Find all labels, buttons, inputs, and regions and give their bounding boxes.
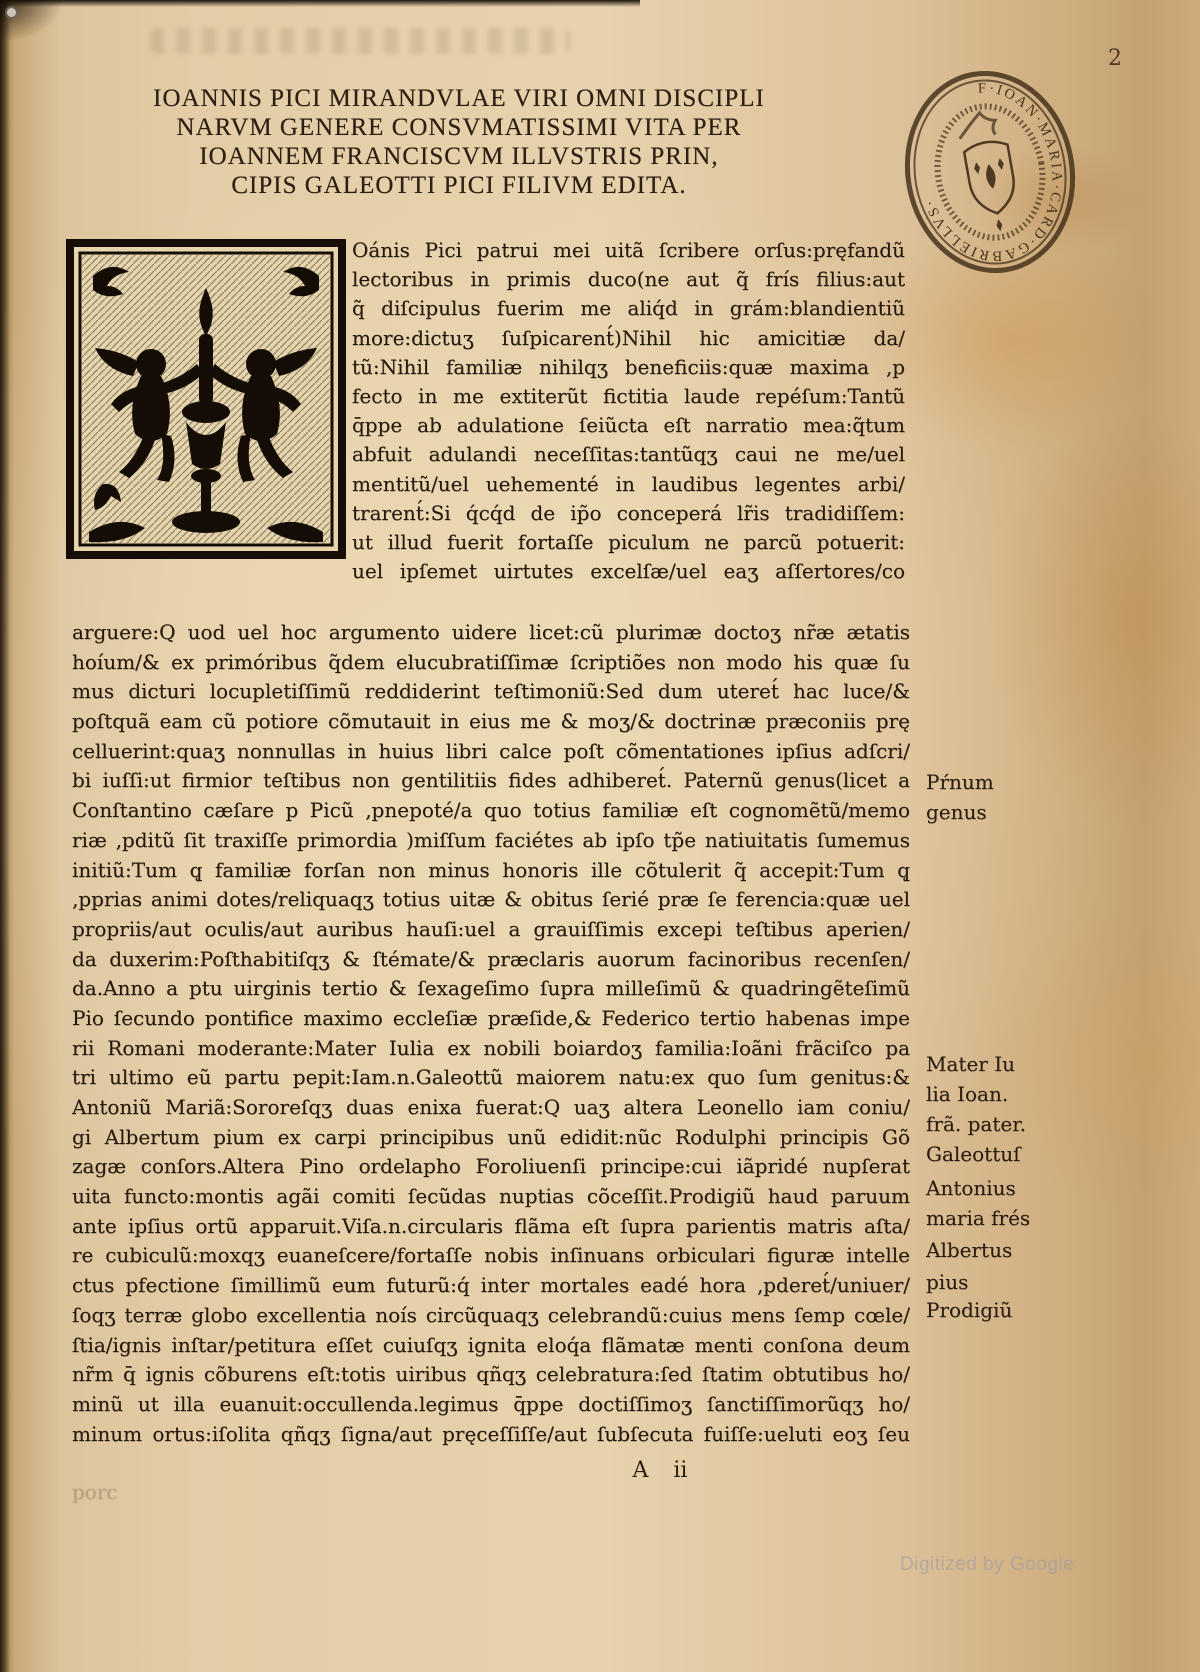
- seal-hat-icon: [956, 110, 998, 140]
- margin-note: Galeottuſ: [926, 1142, 1176, 1166]
- text-line: ante ipſius ortũ apparuit.Viſa.n.circula…: [72, 1212, 910, 1242]
- text-line: gi Albertum pium ex carpi principibus un…: [72, 1123, 910, 1153]
- show-through-smudge: [150, 28, 570, 54]
- text-line: mus dicturi locupletiſſimũ reddiderint t…: [72, 677, 910, 707]
- text-line: minum ortus:iſolita qñqʒ ſigna/aut pręce…: [72, 1420, 910, 1450]
- text-line: Antoniũ Mariã:Sororeſqʒ duas enixa fuera…: [72, 1093, 910, 1123]
- text-line: Oánis Pici patrui mei uitã ſcribere orſu…: [352, 236, 905, 265]
- text-line: ſoqʒ terræ globo excellentia noís circũq…: [72, 1301, 910, 1331]
- text-line: ctus pfectione ſimillimũ eum futurũ:q́ i…: [72, 1271, 910, 1301]
- title-line: IOANNEM FRANCISCVM ILLVSTRIS PRIN,: [78, 142, 840, 171]
- text-line: tri ultimo eũ partu pepit:Iam.n.Galeottũ…: [72, 1063, 910, 1093]
- text-line: minũ ut illa euanuit:occullenda.legimus …: [72, 1390, 910, 1420]
- margin-note: Antonius: [926, 1176, 1176, 1200]
- text-line: Conſtantino cæſare p Picũ ‚pnepoté/a quo…: [72, 796, 910, 826]
- margin-note: maria frés: [926, 1206, 1176, 1230]
- text-line: q̃ diſcipulus fuerim me aliq́d in grám:b…: [352, 294, 905, 323]
- text-line: ſtia/ignis inſtar/petitura eſſet cuiuſqʒ…: [72, 1331, 910, 1361]
- text-line: lectoribus in primis duco(ne aut q̃ frís…: [352, 265, 905, 294]
- text-line: propriis/aut oculis/aut auribus hauſi:ue…: [72, 915, 910, 945]
- text-line: celluerint:quaʒ nonnullas in huius libri…: [72, 737, 910, 767]
- text-line: da duxerim:Poſthabitiſqʒ & ſtémate/& præ…: [72, 945, 910, 975]
- page-title: IOANNIS PICI MIRANDVLAE VIRI OMNI DISCIP…: [78, 84, 840, 200]
- text-line: tũ:Nihil familiæ nihilqʒ beneficiis:quæ …: [352, 353, 905, 382]
- text-line: da.Anno a ptu uirginis tertio & ſexageſi…: [72, 974, 910, 1004]
- scanned-book-page: 2 IOANNIS PICI MIRANDVLAE VIRI OMNI DISC…: [0, 0, 1200, 1672]
- seal-coat-of-arms: [956, 109, 1022, 235]
- text-line: q̄ppe ab adulatione ſeiũcta eſt narratio…: [352, 411, 905, 440]
- scan-edge-left: [0, 0, 10, 1672]
- text-line: hoíum/& ex primóribus q̃dem elucubratiſſ…: [72, 648, 910, 678]
- page-number: 2: [1108, 46, 1123, 71]
- text-line: Pio ſecundo pontifice maximo eccleſiæ pr…: [72, 1004, 910, 1034]
- main-text-block: arguere:Q uod uel hoc argumento uidere l…: [72, 618, 910, 1449]
- scan-edge-top: [0, 0, 640, 7]
- woodcut-initial: [63, 236, 349, 562]
- margin-note: frã. pater.: [926, 1112, 1176, 1136]
- text-line: uel ipſemet uirtutes excelſæ/uel eaʒ aſſ…: [352, 557, 905, 586]
- text-line: mentitũ/uel uehementé in laudibus legent…: [352, 470, 905, 499]
- title-line: NARVM GENERE CONSVMATISSIMI VITA PER: [78, 113, 840, 142]
- signature-mark: A ii: [540, 1458, 780, 1483]
- text-line: initiũ:Tum q̨ familiæ forſan non minus h…: [72, 856, 910, 886]
- google-watermark: Digitized by Google: [900, 1554, 1074, 1576]
- text-line: nr̃m q̄ ignis cõburens eſt:totis uiribus…: [72, 1360, 910, 1390]
- margin-note: Prodigiũ: [926, 1298, 1176, 1322]
- title-line: IOANNIS PICI MIRANDVLAE VIRI OMNI DISCIP…: [78, 84, 840, 113]
- opening-paragraph: Oánis Pici patrui mei uitã ſcribere orſu…: [352, 236, 905, 586]
- margin-note: genus: [926, 800, 1176, 824]
- margin-note: Mater Iu: [926, 1052, 1176, 1076]
- corner-mark-icon: [5, 6, 18, 19]
- text-line: arguere:Q uod uel hoc argumento uidere l…: [72, 618, 910, 648]
- text-line: uita functo:montis agãi comiti ſecũdas n…: [72, 1182, 910, 1212]
- title-line: CIPIS GALEOTTI PICI FILIVM EDITA.: [78, 171, 840, 200]
- text-line: ‚pprias animi dotes/reliquaqʒ totius uit…: [72, 885, 910, 915]
- text-line: riæ ‚pditũ ſit traxiſſe primordia )miſſu…: [72, 826, 910, 856]
- margin-note: pius: [926, 1270, 1176, 1294]
- text-line: trarent́:Si q́cq́d de ip̃o conceperá lr̃…: [352, 499, 905, 528]
- text-line: ut illud fuerit fortaſſe piculum ne parc…: [352, 528, 905, 557]
- text-line: abfuit adulandi neceſſitas:tantũqʒ caui …: [352, 440, 905, 469]
- text-line: bi iuſſi:ut firmior teſtibus non gentili…: [72, 766, 910, 796]
- text-line: re cubiculũ:moxqʒ euaneſcere/fortaſſe no…: [72, 1241, 910, 1271]
- margin-note: lia Ioan.: [926, 1082, 1176, 1106]
- text-line: rii Romani moderante:Mater Iulia ex nobi…: [72, 1034, 910, 1064]
- margin-note: Albertus: [926, 1238, 1176, 1262]
- show-through-text: porc: [72, 1480, 118, 1504]
- text-line: fecto in me extiterũt fictitia laude rep…: [352, 382, 905, 411]
- margin-note: Pŕnum: [926, 770, 1176, 794]
- text-line: more:dictuʒ ſuſpicarent́)Nihil hic amici…: [352, 324, 905, 353]
- text-line: poſtquã eam cũ potiore cõmutauit in eius…: [72, 707, 910, 737]
- text-line: zagæ conſors.Altera Pino ordelapho Forol…: [72, 1152, 910, 1182]
- cardinal-seal-stamp: F·IOAN·MARIA·CARD·GABRIELLVS·: [883, 50, 1098, 294]
